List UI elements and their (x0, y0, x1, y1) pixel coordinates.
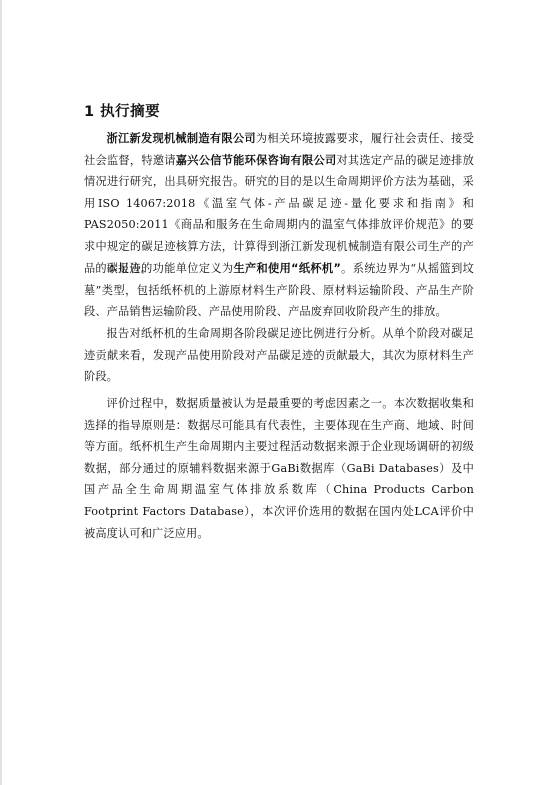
section-heading: 1 执行摘要 (84, 100, 160, 121)
functional-unit: 生产和使用“纸杯机” (233, 262, 341, 275)
paragraph-analysis: 报告对纸杯机的生命周期各阶段碳足迹比例进行分析。从单个阶段对碳足迹贡献来看，发现… (84, 323, 474, 388)
consultant-name: 嘉兴公信节能环保咨询有限公司 (176, 154, 337, 167)
paragraph-data-quality: 评价过程中，数据质量被认为是最重要的考虑因素之一。本次数据收集和选择的指导原则是… (84, 393, 474, 544)
company-name: 浙江新发现机械制造有限公司 (107, 132, 256, 145)
text-span: 对其选定产品的碳足迹排放情况进行研究，出具研究报告。研究的目的是以生命周期评价方… (84, 154, 474, 275)
page-edge (0, 0, 2, 785)
paragraph-intro: 浙江新发现机械制造有限公司为相关环境披露要求，履行社会责任、接受社会监督，特邀请… (84, 128, 474, 279)
text-span: 评价过程中，数据质量被认为是最重要的考虑因素之一。本次数据收集和选择的指导原则是… (84, 397, 474, 540)
text-span: 本报告的功能单位定义为 (107, 262, 234, 275)
text-span: 报告对纸杯机的生命周期各阶段碳足迹比例进行分析。从单个阶段对碳足迹贡献来看，发现… (84, 327, 474, 383)
paragraph-functional-unit: 本报告的功能单位定义为生产和使用“纸杯机”。系统边界为“从摇篮到坟墓”类型，包括… (84, 258, 474, 323)
